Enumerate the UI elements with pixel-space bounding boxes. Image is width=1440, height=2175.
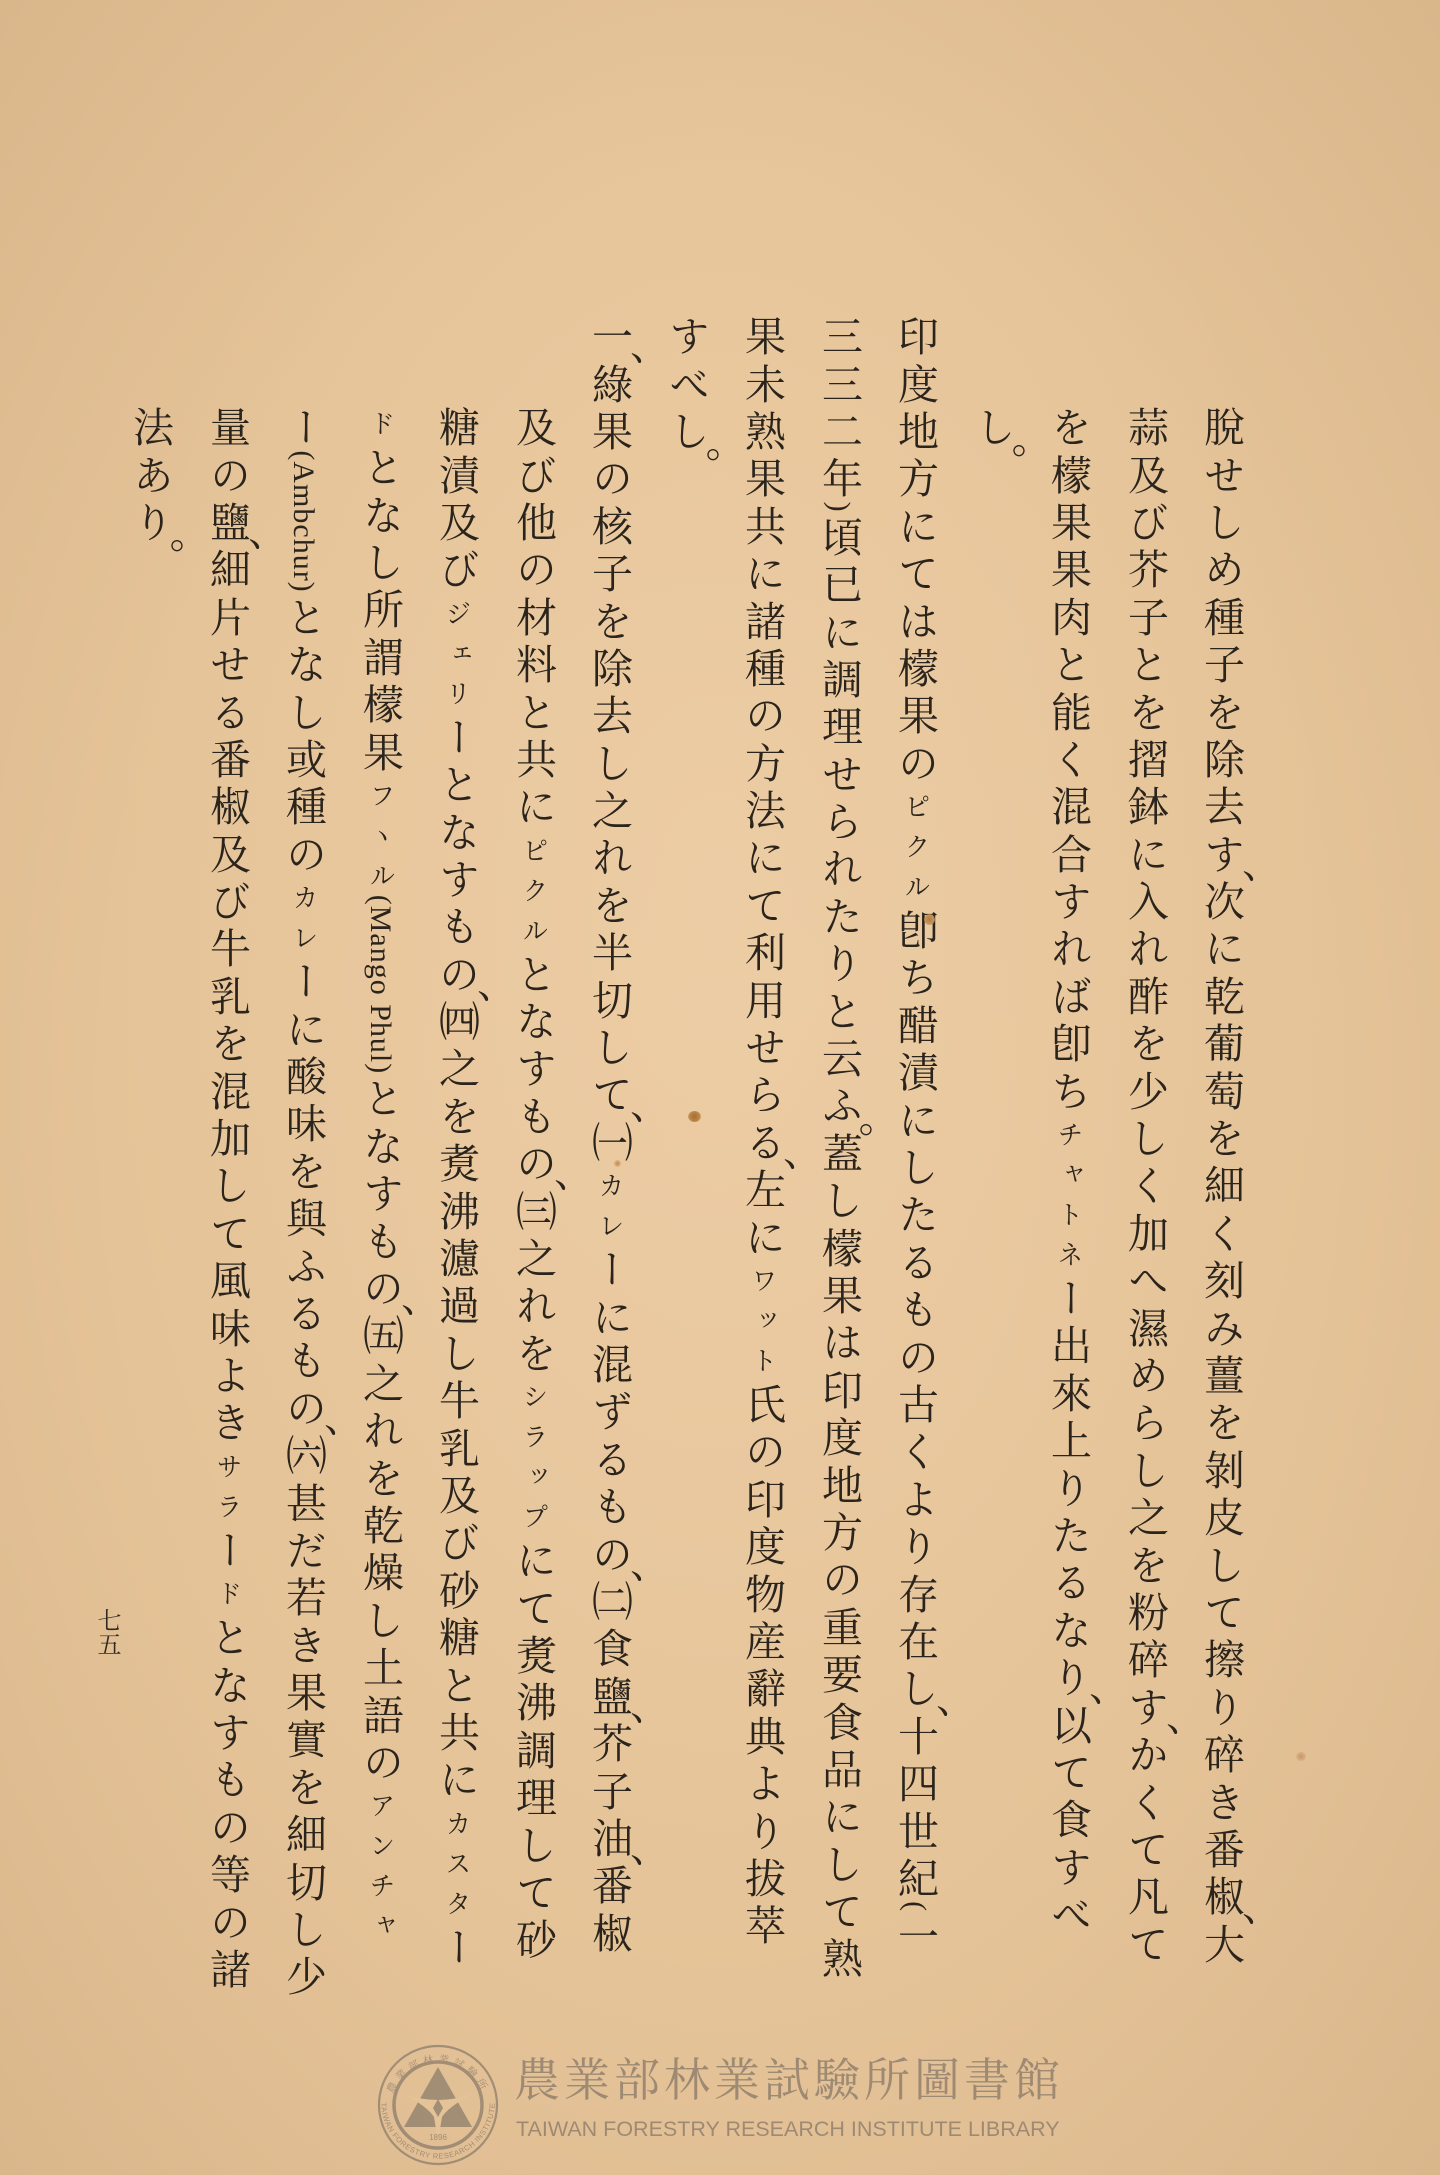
glyph: 謂 xyxy=(350,633,410,680)
glyph: し xyxy=(503,1820,563,1867)
glyph: 典 xyxy=(732,1712,792,1759)
paper-stain xyxy=(1296,1752,1306,1761)
glyph: ン xyxy=(350,1825,410,1865)
glyph: 果 xyxy=(885,691,945,738)
glyph: 方 xyxy=(809,1508,869,1555)
glyph: に xyxy=(732,833,792,880)
glyph: り xyxy=(1191,1683,1251,1730)
glyph: ヽ xyxy=(350,815,410,855)
glyph: 拔 xyxy=(732,1854,792,1901)
glyph: び xyxy=(503,450,563,497)
glyph: 酢 xyxy=(1115,972,1175,1019)
glyph: し xyxy=(1191,498,1251,545)
glyph: 凡 xyxy=(1115,1872,1175,1919)
glyph: 材 xyxy=(503,593,563,640)
glyph: 之 xyxy=(503,1234,563,1281)
glyph: 切 xyxy=(579,975,639,1022)
glyph: 方 xyxy=(732,739,792,786)
glyph: れ xyxy=(1115,924,1175,971)
glyph: を xyxy=(273,1763,333,1810)
glyph: 印 xyxy=(885,312,945,359)
glyph: 擦 xyxy=(1191,1635,1251,1682)
glyph: 法 xyxy=(732,786,792,833)
glyph: べ xyxy=(656,359,716,406)
glyph: ち xyxy=(885,953,945,1000)
glyph: な xyxy=(426,807,486,854)
paper-stain xyxy=(688,1111,701,1122)
glyph: ら xyxy=(1115,1398,1175,1445)
glyph: び xyxy=(426,545,486,592)
glyph: を xyxy=(350,1453,410,1500)
glyph: た xyxy=(885,1190,945,1237)
glyph: 風 xyxy=(197,1256,257,1303)
text-column: 法あり。 xyxy=(120,403,180,2123)
glyph: 及 xyxy=(503,403,563,450)
glyph: 萃 xyxy=(732,1901,792,1948)
glyph: に xyxy=(1115,830,1175,877)
glyph: 燥 xyxy=(350,1548,410,1595)
text-column: し。 xyxy=(962,403,1022,2123)
glyph: 調 xyxy=(809,655,869,702)
glyph: に xyxy=(579,1292,639,1339)
glyph: 沸 xyxy=(426,1186,486,1233)
glyph: よ xyxy=(732,1759,792,1806)
glyph: 少 xyxy=(273,1952,333,1999)
glyph: る xyxy=(579,1435,639,1482)
glyph: 地 xyxy=(885,407,945,454)
glyph: と xyxy=(809,986,869,1033)
glyph: シ xyxy=(503,1376,563,1416)
glyph: サ xyxy=(197,1446,257,1486)
glyph: 果 xyxy=(1038,545,1098,592)
glyph: 共 xyxy=(732,502,792,549)
glyph: は xyxy=(809,1318,869,1365)
glyph: せ xyxy=(197,640,257,687)
glyph: め xyxy=(1115,1351,1175,1398)
glyph: 醋 xyxy=(885,1001,945,1048)
glyph: 合 xyxy=(1038,830,1098,877)
glyph: 混 xyxy=(197,1066,257,1113)
glyph: 番 xyxy=(1191,1825,1251,1872)
glyph: な xyxy=(350,490,410,537)
glyph: は xyxy=(885,596,945,643)
glyph: 重 xyxy=(809,1603,869,1650)
glyph: 細 xyxy=(273,1810,333,1857)
glyph: に xyxy=(503,1536,563,1583)
glyph: 熟 xyxy=(732,407,792,454)
glyph: の xyxy=(885,1332,945,1379)
glyph: 之 xyxy=(426,1044,486,1091)
latin-run: ) xyxy=(823,502,856,513)
glyph: 熟 xyxy=(809,1934,869,1981)
glyph: て xyxy=(809,1887,869,1934)
glyph: 法 xyxy=(120,403,180,450)
paper-stain xyxy=(614,1160,621,1167)
glyph: 乾 xyxy=(350,1501,410,1548)
glyph: 果 xyxy=(1038,498,1098,545)
glyph: れ xyxy=(809,844,869,891)
glyph: び xyxy=(197,877,257,924)
glyph: せ xyxy=(809,750,869,797)
glyph: 甚 xyxy=(273,1478,333,1525)
glyph: 漬 xyxy=(885,1048,945,1095)
glyph: 一 xyxy=(885,1912,945,1959)
glyph: 量 xyxy=(197,403,257,450)
glyph: し xyxy=(197,1161,257,1208)
text-column: すべし。 xyxy=(656,312,716,2032)
glyph: プ xyxy=(503,1496,563,1536)
glyph: せ xyxy=(732,1023,792,1070)
glyph: 之 xyxy=(579,786,639,833)
glyph: 種 xyxy=(1191,593,1251,640)
glyph: し xyxy=(809,1840,869,1887)
glyph: 檬 xyxy=(350,680,410,727)
text-column: 三三二年)頃已に調理せられたりと云ふ。蓋し檬果は印度地方の重要食品にして熟 xyxy=(809,312,869,2032)
glyph: ラ xyxy=(197,1486,257,1526)
glyph: 混 xyxy=(579,1340,639,1387)
glyph: の xyxy=(197,1803,257,1850)
latin-run: (Ambchur) xyxy=(287,450,320,592)
glyph: を xyxy=(1038,403,1098,450)
glyph: 味 xyxy=(273,1099,333,1146)
glyph: 薑 xyxy=(1191,1351,1251,1398)
glyph: て xyxy=(1115,1920,1175,1967)
glyph: 鉢 xyxy=(1115,782,1175,829)
glyph: ピ xyxy=(885,786,945,826)
glyph: と xyxy=(1038,640,1098,687)
glyph: 三 xyxy=(809,312,869,359)
glyph: し xyxy=(273,687,333,734)
glyph: 理 xyxy=(809,702,869,749)
glyph: 糖 xyxy=(426,403,486,450)
glyph: 味 xyxy=(197,1303,257,1350)
glyph: を xyxy=(1191,1398,1251,1445)
glyph: に xyxy=(809,1792,869,1839)
glyph: 子 xyxy=(579,549,639,596)
glyph: の xyxy=(579,454,639,501)
glyph: 砂 xyxy=(503,1915,563,1962)
glyph: れ xyxy=(579,833,639,880)
glyph: フ xyxy=(350,775,410,815)
glyph: ー xyxy=(197,1526,257,1573)
glyph: 芥 xyxy=(1115,545,1175,592)
glyph: 子 xyxy=(1191,640,1251,687)
glyph: な xyxy=(350,1122,410,1169)
glyph: て xyxy=(197,1209,257,1256)
glyph: ト xyxy=(732,1340,792,1380)
glyph: 濾 xyxy=(426,1234,486,1281)
glyph: ー xyxy=(1038,1274,1098,1321)
glyph: 半 xyxy=(579,928,639,975)
text-column: ドとなし所謂檬果フヽル(Mango Phul)となすもの、㈤之れを乾燥し土語のア… xyxy=(350,403,410,2123)
glyph: 之 xyxy=(350,1359,410,1406)
glyph: 剝 xyxy=(1191,1446,1251,1493)
glyph: ー xyxy=(426,713,486,760)
glyph: ピ xyxy=(503,830,563,870)
glyph: 諸 xyxy=(732,596,792,643)
glyph: せ xyxy=(1191,450,1251,497)
glyph: ー xyxy=(273,403,333,450)
glyph: ェ xyxy=(426,633,486,673)
glyph: ル xyxy=(885,866,945,906)
glyph: 果 xyxy=(350,727,410,774)
glyph: 已 xyxy=(809,560,869,607)
glyph: 食 xyxy=(809,1697,869,1744)
library-name-en: TAIWAN FORESTRY RESEARCH INSTITUTE LIBRA… xyxy=(516,2117,1060,2142)
glyph: よ xyxy=(885,1475,945,1522)
glyph: 共 xyxy=(426,1708,486,1755)
glyph: チ xyxy=(350,1865,410,1905)
text-column: 脫せしめ種子を除去す、次に乾葡萄を細く刻み薑を剝皮して擦り碎き番椒、大 xyxy=(1191,403,1251,2123)
glyph: を xyxy=(503,1329,563,1376)
glyph: へ xyxy=(1115,1256,1175,1303)
glyph: め xyxy=(1191,545,1251,592)
glyph: る xyxy=(197,687,257,734)
glyph: て xyxy=(503,1583,563,1630)
glyph: も xyxy=(579,1482,639,1529)
glyph: 用 xyxy=(732,975,792,1022)
glyph: に xyxy=(273,1004,333,1051)
glyph: カ xyxy=(426,1803,486,1843)
glyph: た xyxy=(1038,1511,1098,1558)
glyph: 加 xyxy=(197,1114,257,1161)
glyph: 檬 xyxy=(809,1223,869,1270)
glyph: て xyxy=(503,1868,563,1915)
glyph: 糖 xyxy=(426,1613,486,1660)
glyph: 能 xyxy=(1038,687,1098,734)
glyph: ネ xyxy=(1038,1234,1098,1274)
glyph: 子 xyxy=(579,1766,639,1813)
glyph: す xyxy=(503,1044,563,1091)
glyph: 酸 xyxy=(273,1052,333,1099)
glyph: 除 xyxy=(579,644,639,691)
glyph: レ xyxy=(579,1205,639,1245)
glyph: て xyxy=(1115,1825,1175,1872)
glyph: 未 xyxy=(732,359,792,406)
glyph: 乾 xyxy=(1191,972,1251,1019)
glyph: 來 xyxy=(1038,1369,1098,1416)
text-column: 印度地方にては檬果のピクル卽ち醋漬にしたるもの古くより存在し、十四世紀(一 xyxy=(885,312,945,2032)
glyph: ふ xyxy=(273,1241,333,1288)
glyph: も xyxy=(197,1755,257,1802)
glyph: 漬 xyxy=(426,450,486,497)
glyph: 果 xyxy=(732,454,792,501)
glyph: ッ xyxy=(503,1456,563,1496)
glyph: 産 xyxy=(732,1617,792,1664)
glyph: あ xyxy=(120,450,180,497)
glyph: レ xyxy=(273,917,333,957)
glyph: な xyxy=(273,640,333,687)
glyph: の xyxy=(197,450,257,497)
glyph: ば xyxy=(1038,972,1098,1019)
glyph: し xyxy=(579,739,639,786)
glyph: 去 xyxy=(579,691,639,738)
glyph: に xyxy=(885,1095,945,1142)
glyph: に xyxy=(1191,924,1251,971)
glyph: と xyxy=(350,1074,410,1121)
glyph: リ xyxy=(426,673,486,713)
glyph: よ xyxy=(197,1351,257,1398)
glyph: に xyxy=(885,502,945,549)
glyph: て xyxy=(1191,1588,1251,1635)
glyph: ち xyxy=(1038,1066,1098,1113)
glyph: と xyxy=(1115,640,1175,687)
list-item-column: 一、綠果の核子を除去し之れを半切して、㈠カレーに混ずるもの、㈡食鹽、芥子油、番椒 xyxy=(579,312,639,2032)
glyph: 存 xyxy=(885,1569,945,1616)
paper-stain xyxy=(924,914,935,925)
glyph: 粉 xyxy=(1115,1588,1175,1635)
glyph: の xyxy=(732,691,792,738)
glyph: み xyxy=(1191,1303,1251,1350)
glyph: す xyxy=(350,1169,410,1216)
glyph: 及 xyxy=(426,498,486,545)
glyph: 及 xyxy=(197,830,257,877)
glyph: を xyxy=(1115,1019,1175,1066)
glyph: し xyxy=(1191,1540,1251,1587)
glyph: て xyxy=(885,549,945,596)
glyph: ド xyxy=(350,403,410,443)
glyph: 加 xyxy=(1115,1209,1175,1256)
glyph: 切 xyxy=(273,1857,333,1904)
glyph: 肉 xyxy=(1038,593,1098,640)
glyph: 地 xyxy=(809,1460,869,1507)
glyph: 濕 xyxy=(1115,1303,1175,1350)
glyph: と xyxy=(503,687,563,734)
glyph: ア xyxy=(350,1785,410,1825)
glyph: に xyxy=(426,1755,486,1802)
book-page: 脫せしめ種子を除去す、次に乾葡萄を細く刻み薑を剝皮して擦り碎き番椒、大 蒜及び芥… xyxy=(0,0,1440,2175)
glyph: し xyxy=(273,1905,333,1952)
glyph: 在 xyxy=(885,1617,945,1664)
glyph: 細 xyxy=(1191,1161,1251,1208)
glyph: 除 xyxy=(1191,735,1251,782)
glyph: 頃 xyxy=(809,513,869,560)
glyph: 脫 xyxy=(1191,403,1251,450)
library-seal-icon: 農業部林業試驗所 TAIWAN FORESTRY RESEARCH INSTIT… xyxy=(376,2043,500,2167)
glyph: を xyxy=(1191,687,1251,734)
glyph: 料 xyxy=(503,640,563,687)
glyph: 碎 xyxy=(1191,1730,1251,1777)
glyph: ら xyxy=(732,1070,792,1117)
glyph: タ xyxy=(426,1883,486,1923)
glyph: ー xyxy=(426,1923,486,1970)
glyph: を xyxy=(273,1147,333,1194)
glyph: き xyxy=(273,1621,333,1668)
glyph: し xyxy=(809,1176,869,1223)
glyph: の xyxy=(809,1555,869,1602)
glyph: び xyxy=(426,1518,486,1565)
glyph: 之 xyxy=(1115,1493,1175,1540)
glyph: 卽 xyxy=(1038,1019,1098,1066)
page-number: 七五 xyxy=(92,1608,122,1656)
glyph: 紀 xyxy=(885,1854,945,1901)
glyph: 檬 xyxy=(1038,450,1098,497)
glyph: る xyxy=(273,1289,333,1336)
glyph: 或 xyxy=(273,735,333,782)
glyph: も xyxy=(426,902,486,949)
glyph: 等 xyxy=(197,1850,257,1897)
glyph: な xyxy=(197,1660,257,1707)
glyph: ワ xyxy=(732,1260,792,1300)
glyph: し xyxy=(1115,1114,1175,1161)
glyph: き xyxy=(197,1398,257,1445)
glyph: 三 xyxy=(809,359,869,406)
glyph: ス xyxy=(426,1843,486,1883)
glyph: 牛 xyxy=(426,1376,486,1423)
glyph: 少 xyxy=(1115,1066,1175,1113)
glyph: す xyxy=(656,312,716,359)
glyph: 云 xyxy=(809,1034,869,1081)
text-column: 量の鹽、細片せる番椒及び牛乳を混加して風味よきサラードとなすもの等の諸 xyxy=(197,403,257,2123)
glyph: る xyxy=(1038,1558,1098,1605)
glyph: 若 xyxy=(273,1573,333,1620)
glyph: を xyxy=(1115,1540,1175,1587)
glyph: を xyxy=(426,1092,486,1139)
glyph: 乳 xyxy=(426,1423,486,1470)
glyph: 片 xyxy=(197,593,257,640)
glyph: 利 xyxy=(732,928,792,975)
glyph: ク xyxy=(885,826,945,866)
glyph: 辭 xyxy=(732,1664,792,1711)
glyph: 印 xyxy=(809,1366,869,1413)
text-column: 蒜及び芥子とを摺鉢に入れ酢を少しく加へ濕めらし之を粉碎す、かくて凡て xyxy=(1115,403,1175,2123)
latin-run: (Mango Phul) xyxy=(364,895,397,1075)
glyph: 實 xyxy=(273,1715,333,1762)
glyph: 牛 xyxy=(197,924,257,971)
glyph: 食 xyxy=(579,1624,639,1671)
glyph: 語 xyxy=(350,1690,410,1737)
glyph: ジ xyxy=(426,593,486,633)
glyph: ー xyxy=(579,1245,639,1292)
glyph: の xyxy=(273,830,333,877)
glyph: く xyxy=(1115,1777,1175,1824)
glyph: 果 xyxy=(809,1271,869,1318)
glyph: カ xyxy=(273,877,333,917)
glyph: し xyxy=(350,1596,410,1643)
glyph: 氏 xyxy=(732,1380,792,1427)
glyph: る xyxy=(885,1238,945,1285)
glyph: な xyxy=(503,997,563,1044)
glyph: を xyxy=(579,881,639,928)
glyph: と xyxy=(503,950,563,997)
glyph: 果 xyxy=(273,1668,333,1715)
glyph: 乳 xyxy=(197,972,257,1019)
glyph: 去 xyxy=(1191,782,1251,829)
glyph: カ xyxy=(579,1165,639,1205)
glyph: 卽 xyxy=(885,906,945,953)
glyph: し xyxy=(1115,1446,1175,1493)
glyph: く xyxy=(1038,735,1098,782)
text-column: 果未熟果共に諸種の方法にて利用せらる、左にワット氏の印度物産辭典より拔萃 xyxy=(732,312,792,2032)
glyph: 印 xyxy=(732,1475,792,1522)
glyph: の xyxy=(885,739,945,786)
glyph: も xyxy=(503,1092,563,1139)
glyph: れ xyxy=(350,1406,410,1453)
glyph: 萄 xyxy=(1191,1066,1251,1113)
glyph: の xyxy=(197,1897,257,1944)
glyph: し xyxy=(579,1023,639,1070)
glyph: ャ xyxy=(1038,1154,1098,1194)
glyph: ャ xyxy=(350,1905,410,1945)
glyph: に xyxy=(732,549,792,596)
glyph: も xyxy=(273,1336,333,1383)
glyph: 摺 xyxy=(1115,735,1175,782)
glyph: 種 xyxy=(273,782,333,829)
glyph: 砂 xyxy=(426,1566,486,1613)
glyph: に xyxy=(732,1212,792,1259)
seal-year: 1896 xyxy=(429,2133,447,2142)
glyph: ッ xyxy=(732,1300,792,1340)
